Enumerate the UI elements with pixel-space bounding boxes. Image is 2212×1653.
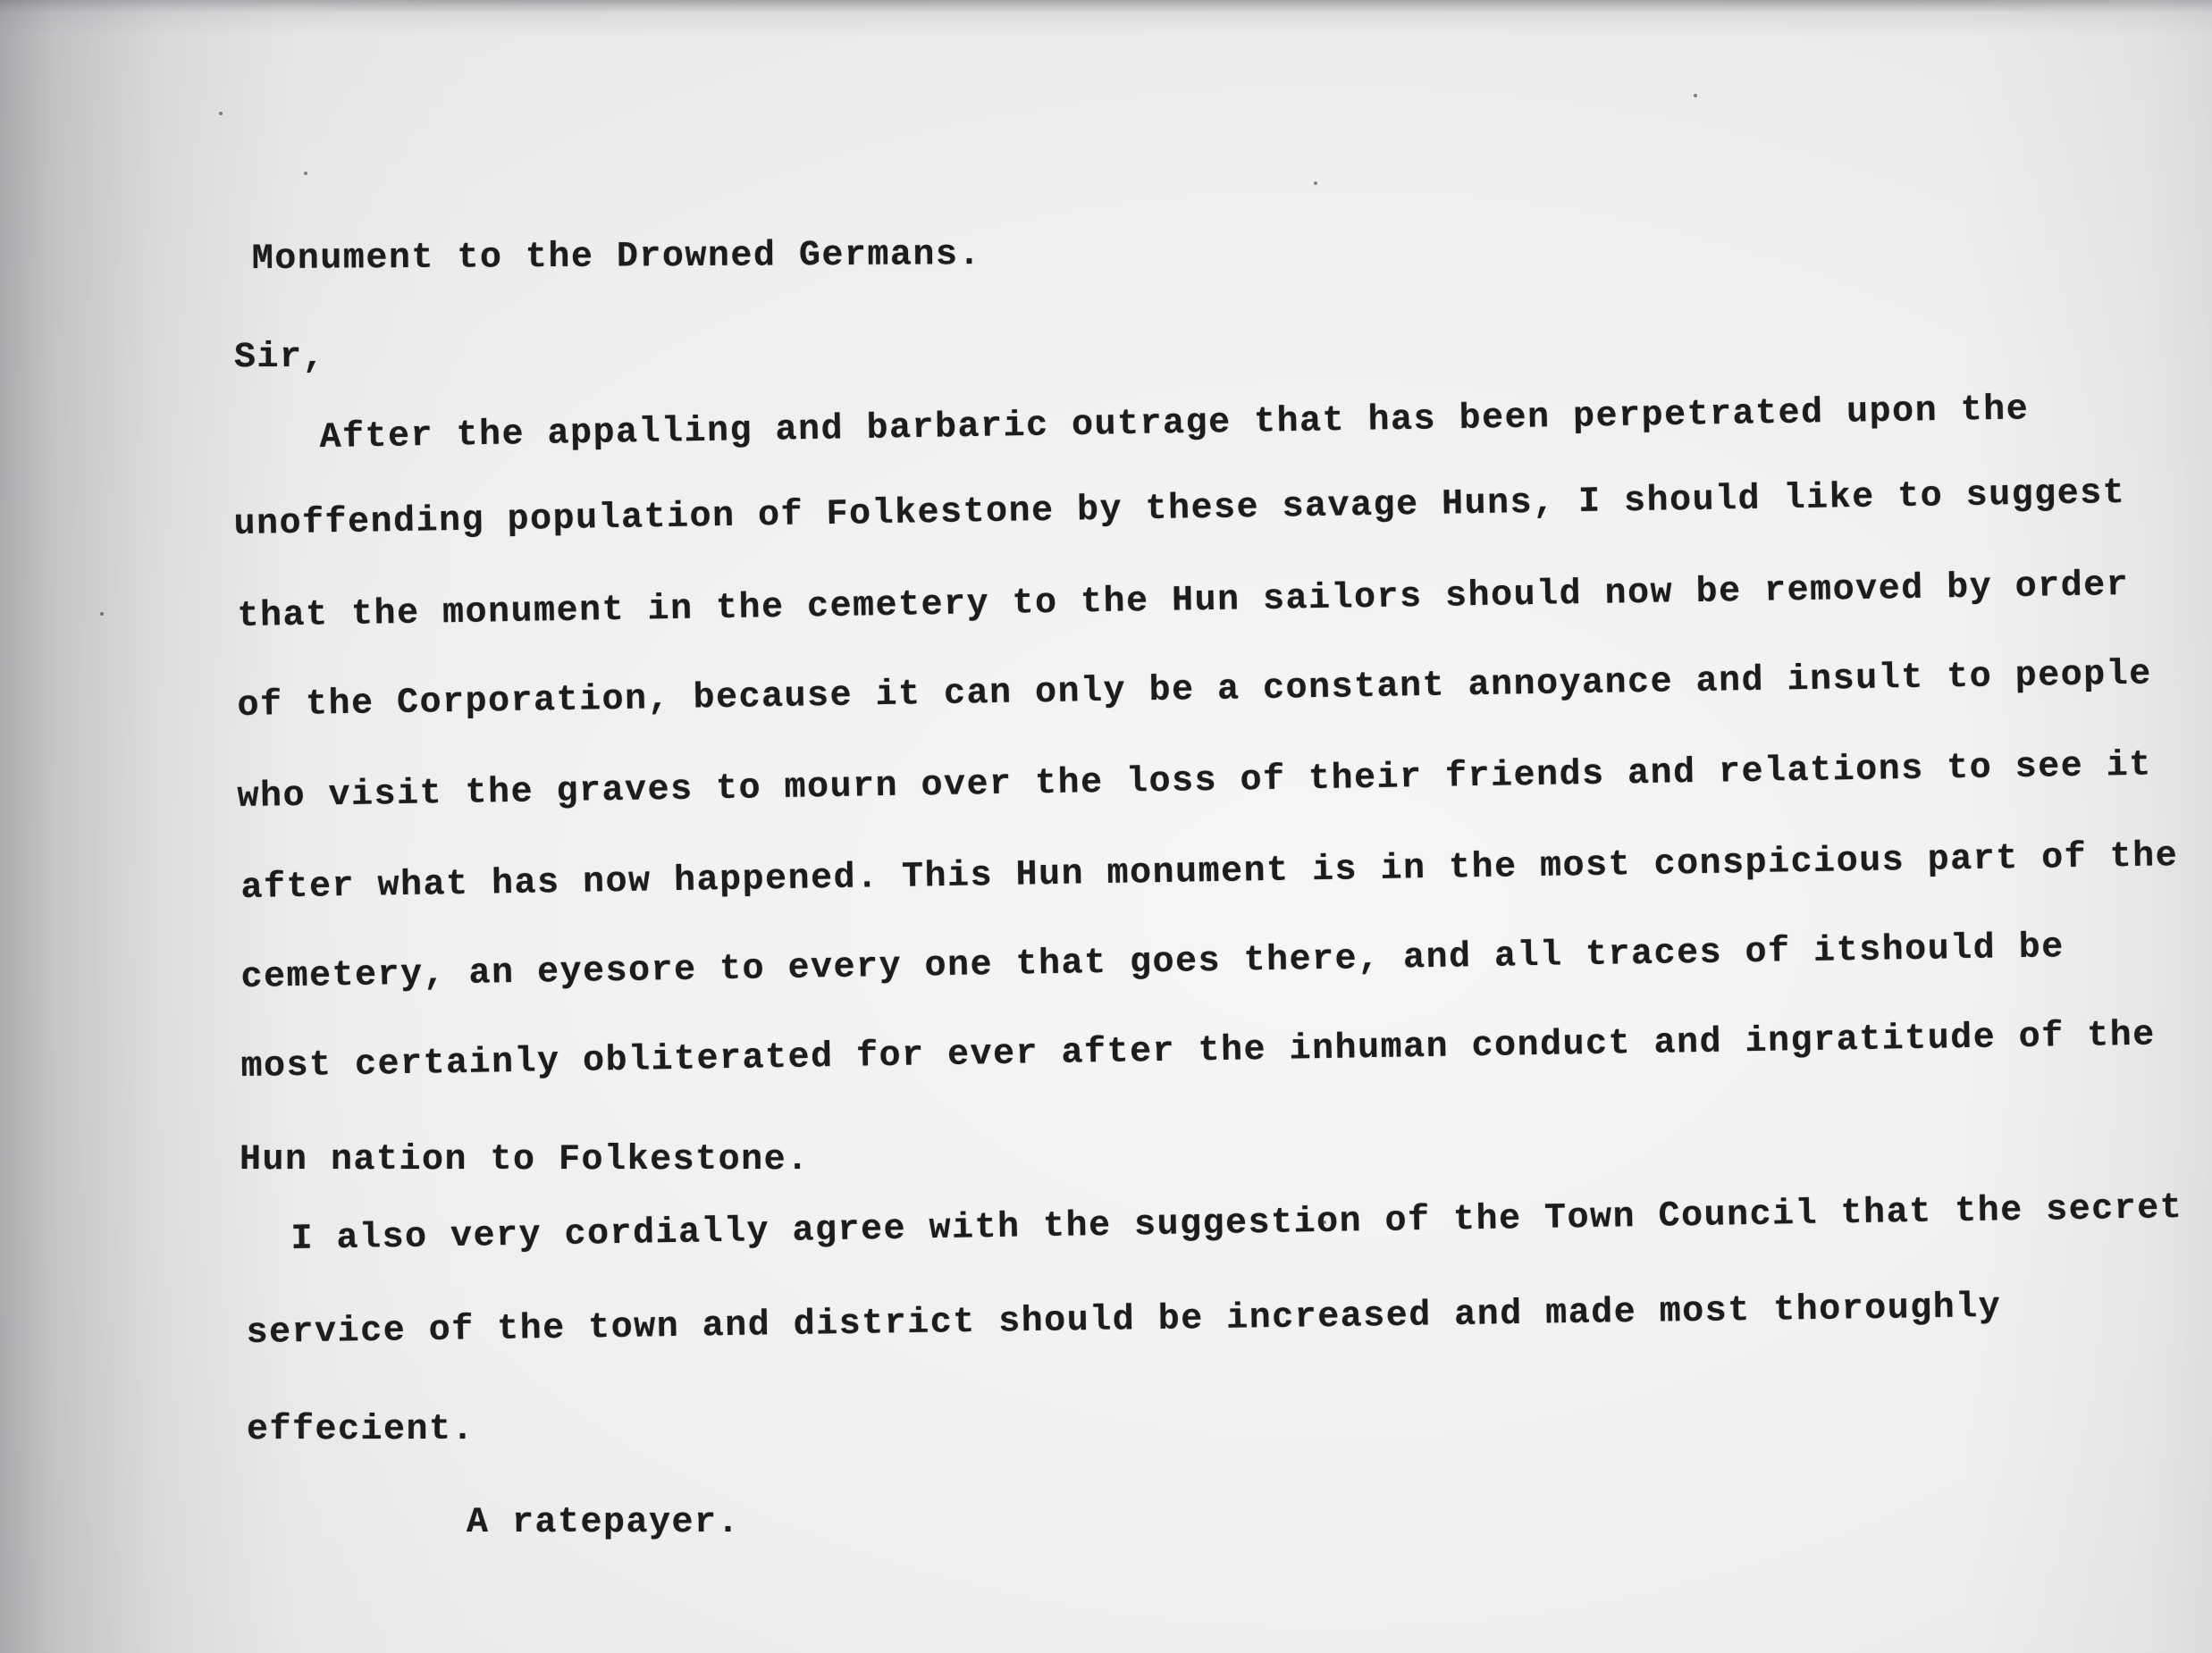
paper-speck bbox=[304, 172, 307, 175]
body-line: I also very cordially agree with the sug… bbox=[290, 1188, 2183, 1260]
body-line: After the appalling and barbaric outrage… bbox=[319, 390, 2029, 458]
body-line: unoffending population of Folkestone by … bbox=[233, 474, 2125, 545]
paper-speck bbox=[100, 612, 104, 616]
paper-speck bbox=[1323, 1221, 1326, 1224]
body-line: Hun nation to Folkestone. bbox=[240, 1140, 810, 1180]
body-line: service of the town and district should … bbox=[246, 1288, 2001, 1354]
paper-speck bbox=[219, 112, 223, 115]
body-line: who visit the graves to mourn over the l… bbox=[237, 745, 2152, 818]
signature: A ratepayer. bbox=[467, 1503, 740, 1543]
paper-speck bbox=[1694, 94, 1697, 97]
paper-speck bbox=[1314, 181, 1317, 185]
scanned-letter-page: Monument to the Drowned Germans. Sir, Af… bbox=[0, 0, 2212, 1653]
body-line: cemetery, an eyesore to every one that g… bbox=[240, 927, 2065, 998]
body-line: that the monument in the cemetery to the… bbox=[237, 566, 2129, 637]
body-line: effecient. bbox=[247, 1410, 475, 1450]
body-line: of the Corporation, because it can only … bbox=[237, 654, 2152, 726]
salutation: Sir, bbox=[234, 338, 325, 378]
body-line: after what has now happened. This Hun mo… bbox=[240, 836, 2178, 909]
letter-title: Monument to the Drowned Germans. bbox=[252, 235, 981, 280]
body-line: most certainly obliterated for ever afte… bbox=[240, 1015, 2156, 1087]
